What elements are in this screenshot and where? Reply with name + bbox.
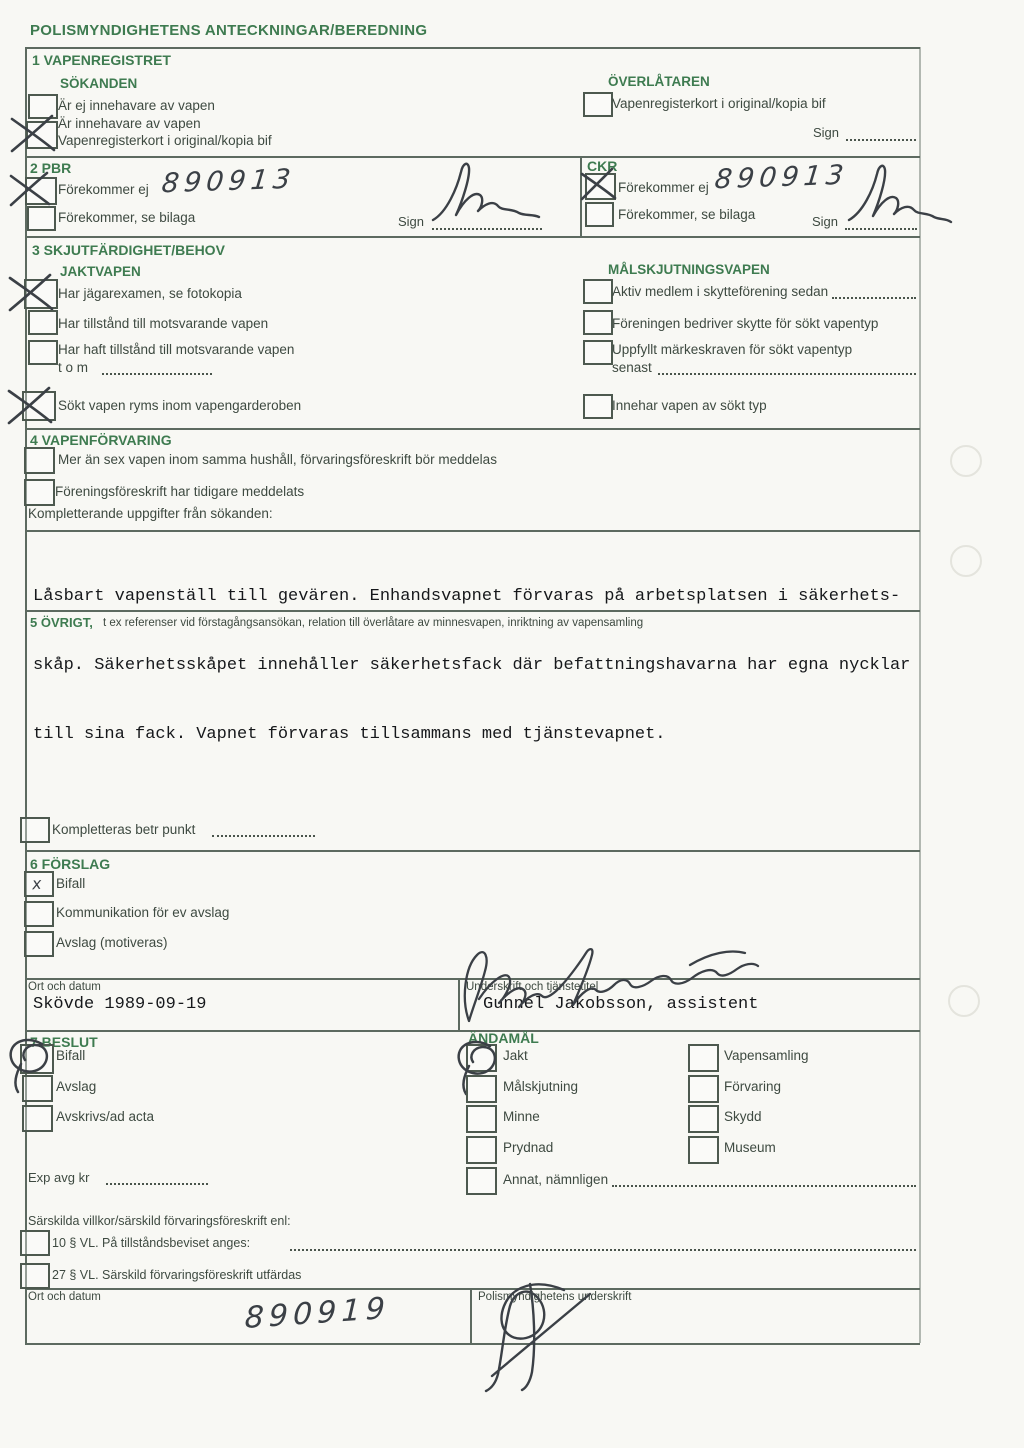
- label-markeskraven-line2: senast: [612, 360, 652, 375]
- checkbox-pbr-forekommer-bilaga[interactable]: [27, 206, 56, 231]
- checkbox-kompletteras[interactable]: [20, 817, 50, 843]
- checkbox-foreningsforeskrift[interactable]: [24, 479, 55, 506]
- label-vl27: 27 § VL. Särskild förvaringsföreskrift u…: [52, 1268, 301, 1282]
- overlataren-header: ÖVERLÅTAREN: [608, 74, 710, 89]
- label-forvaring: Förvaring: [724, 1079, 781, 1094]
- label-aktiv-medlem: Aktiv medlem i skytteförening sedan: [612, 284, 828, 299]
- checkbox-markeskraven[interactable]: [583, 340, 613, 365]
- label-kompletterande: Kompletterande uppgifter från sökanden:: [28, 506, 273, 521]
- checkbox-beslut-avslag[interactable]: [22, 1075, 53, 1102]
- label-innehavare-line1: Är innehavare av vapen: [58, 116, 201, 131]
- label-minne: Minne: [503, 1109, 540, 1124]
- checkbox-forvaring[interactable]: [688, 1075, 719, 1103]
- divider: [25, 236, 920, 238]
- checkbox-beslut-avskrivs[interactable]: [22, 1105, 53, 1132]
- divider: [25, 530, 920, 532]
- handwritten-x-mark: [8, 170, 52, 208]
- sedan-line: [832, 296, 916, 299]
- label-innehavare-line2: Vapenregisterkort i original/kopia bif: [58, 133, 272, 148]
- handwritten-x-mark: [5, 384, 55, 426]
- section5-subtitle: t ex referenser vid förstagångsansökan, …: [103, 617, 643, 629]
- section3-title: 3 SKJUTFÄRDIGHET/BEHOV: [32, 242, 225, 258]
- label-skydd: Skydd: [724, 1109, 762, 1124]
- label-ckr-forekommer-ej: Förekommer ej: [618, 180, 709, 195]
- form-left-border: [25, 47, 27, 1343]
- label-ckr-forekommer-bilaga: Förekommer, se bilaga: [618, 207, 755, 222]
- ort-datum-value: Skövde 1989-09-19: [33, 995, 206, 1014]
- tom-line: [102, 372, 212, 375]
- checkbox-ckr-forekommer-bilaga[interactable]: [585, 202, 614, 227]
- checkbox-haft-tillstand[interactable]: [28, 340, 58, 365]
- label-pbr-forekommer-bilaga: Förekommer, se bilaga: [58, 210, 195, 225]
- label-museum: Museum: [724, 1140, 776, 1155]
- label-haft-tillstand-line2: t o m: [58, 360, 88, 375]
- police-signature: [472, 1278, 622, 1393]
- ort-datum-label: Ort och datum: [28, 981, 101, 993]
- checkbox-museum[interactable]: [688, 1136, 719, 1164]
- sign-line: [846, 138, 916, 141]
- sign-label: Sign: [813, 125, 839, 140]
- checkbox-prydnad[interactable]: [466, 1136, 497, 1164]
- checkbox-aktiv-medlem[interactable]: [583, 279, 613, 304]
- signature: [455, 943, 775, 1028]
- checkbox-vl27[interactable]: [20, 1263, 50, 1289]
- page-title: POLISMYNDIGHETENS ANTECKNINGAR/BEREDNING: [30, 22, 427, 39]
- paper-artifact: [948, 985, 980, 1017]
- checkbox-kommunikation[interactable]: [24, 901, 54, 927]
- checkbox-annat[interactable]: [466, 1167, 497, 1195]
- exp-avg-label: Exp avg kr: [28, 1170, 89, 1185]
- typed-line: till sina fack. Vapnet förvaras tillsamm…: [33, 723, 910, 746]
- sign-label: Sign: [812, 214, 838, 229]
- label-jakt: Jakt: [503, 1048, 528, 1063]
- label-malskjutning: Målskjutning: [503, 1079, 578, 1094]
- checkbox-malskjutning[interactable]: [466, 1075, 497, 1103]
- checkbox-tillstand[interactable]: [28, 310, 58, 335]
- label-haft-tillstand-line1: Har haft tillstånd till motsvarande vape…: [58, 342, 294, 357]
- handwritten-date-pbr: 890913: [160, 164, 297, 200]
- label-tillstand: Har tillstånd till motsvarande vapen: [58, 316, 268, 331]
- handwritten-x-mark: [8, 112, 58, 154]
- scanned-form-page: POLISMYNDIGHETENS ANTECKNINGAR/BEREDNING…: [0, 0, 1024, 1448]
- label-vapengarderoben: Sökt vapen ryms inom vapengarderoben: [58, 398, 301, 413]
- label-markeskraven-line1: Uppfyllt märkeskraven för sökt vapentyp: [612, 342, 852, 357]
- signature: [425, 158, 547, 230]
- label-overlataren-registerkort: Vapenregisterkort i original/kopia bif: [612, 96, 826, 111]
- signature: [843, 160, 958, 230]
- kompletteras-line: [212, 834, 315, 837]
- checkbox-innehar-vapen[interactable]: [583, 394, 613, 419]
- checkbox-foreningen-skytte[interactable]: [583, 310, 613, 335]
- label-beslut-avskrivs: Avskrivs/ad acta: [56, 1109, 154, 1124]
- typed-line: skåp. Säkerhetsskåpet innehåller säkerhe…: [33, 654, 910, 677]
- section1-title: 1 VAPENREGISTRET: [32, 52, 171, 68]
- annat-line: [612, 1184, 916, 1187]
- checkbox-vapensamling[interactable]: [688, 1044, 719, 1072]
- label-mer-an-sex: Mer än sex vapen inom samma hushåll, för…: [58, 452, 497, 467]
- handwritten-x-mark: [6, 271, 56, 313]
- checkbox-mer-an-sex[interactable]: [24, 447, 55, 474]
- handwritten-date-bottom: 890919: [244, 1291, 390, 1336]
- label-kompletteras: Kompletteras betr punkt: [52, 822, 195, 837]
- label-innehar-vapen: Innehar vapen av sökt typ: [612, 398, 767, 413]
- label-avslag-motiveras: Avslag (motiveras): [56, 935, 168, 950]
- label-foreningen-skytte: Föreningen bedriver skytte för sökt vape…: [612, 316, 878, 331]
- handwritten-date-ckr: 890913: [713, 160, 850, 196]
- malskjutning-header: MÅLSKJUTNINGSVAPEN: [608, 262, 770, 277]
- sign-label: Sign: [398, 214, 424, 229]
- label-prydnad: Prydnad: [503, 1140, 553, 1155]
- handwritten-x-mark: [578, 166, 618, 202]
- section4-title: 4 VAPENFÖRVARING: [30, 432, 172, 448]
- checkbox-vl10[interactable]: [20, 1230, 50, 1256]
- label-annat: Annat, nämnligen: [503, 1172, 608, 1187]
- divider: [25, 428, 920, 430]
- checkbox-minne[interactable]: [466, 1105, 497, 1133]
- label-pbr-forekommer-ej: Förekommer ej: [58, 182, 149, 197]
- checkbox-skydd[interactable]: [688, 1105, 719, 1133]
- sarskilda-villkor-label: Särskilda villkor/särskild förvaringsför…: [28, 1214, 291, 1228]
- section5-title: 5 ÖVRIGT,: [30, 615, 93, 630]
- senast-line: [658, 372, 916, 375]
- checkbox-overlataren-registerkort[interactable]: [583, 92, 613, 117]
- label-vl10: 10 § VL. På tillståndsbeviset anges:: [52, 1236, 250, 1250]
- vl10-line: [290, 1248, 916, 1251]
- exp-avg-line: [106, 1182, 208, 1185]
- label-ej-innehavare: Är ej innehavare av vapen: [58, 98, 215, 113]
- checkbox-avslag-motiveras[interactable]: [24, 931, 54, 957]
- sokanden-header: SÖKANDEN: [60, 76, 137, 91]
- divider: [25, 850, 920, 852]
- form-right-border: [919, 47, 921, 1343]
- paper-artifact: [950, 545, 982, 577]
- paper-artifact: [950, 445, 982, 477]
- label-vapensamling: Vapensamling: [724, 1048, 809, 1063]
- jaktvapen-header: JAKTVAPEN: [60, 264, 141, 279]
- label-forslag-bifall: Bifall: [56, 876, 85, 891]
- ort-datum-label-bottom: Ort och datum: [28, 1291, 101, 1303]
- handwritten-x-mark: x: [31, 874, 42, 894]
- label-foreningsforeskrift: Föreningsföreskrift har tidigare meddela…: [55, 484, 304, 499]
- divider: [25, 47, 920, 49]
- label-kommunikation: Kommunikation för ev avslag: [56, 905, 229, 920]
- typed-line: Låsbart vapenställ till gevären. Enhands…: [33, 585, 910, 608]
- section6-title: 6 FÖRSLAG: [30, 856, 110, 872]
- label-beslut-bifall: Bifall: [56, 1048, 85, 1063]
- label-beslut-avslag: Avslag: [56, 1079, 96, 1094]
- label-jagarexamen: Har jägarexamen, se fotokopia: [58, 286, 242, 301]
- typed-storage-text: Låsbart vapenställ till gevären. Enhands…: [33, 539, 910, 792]
